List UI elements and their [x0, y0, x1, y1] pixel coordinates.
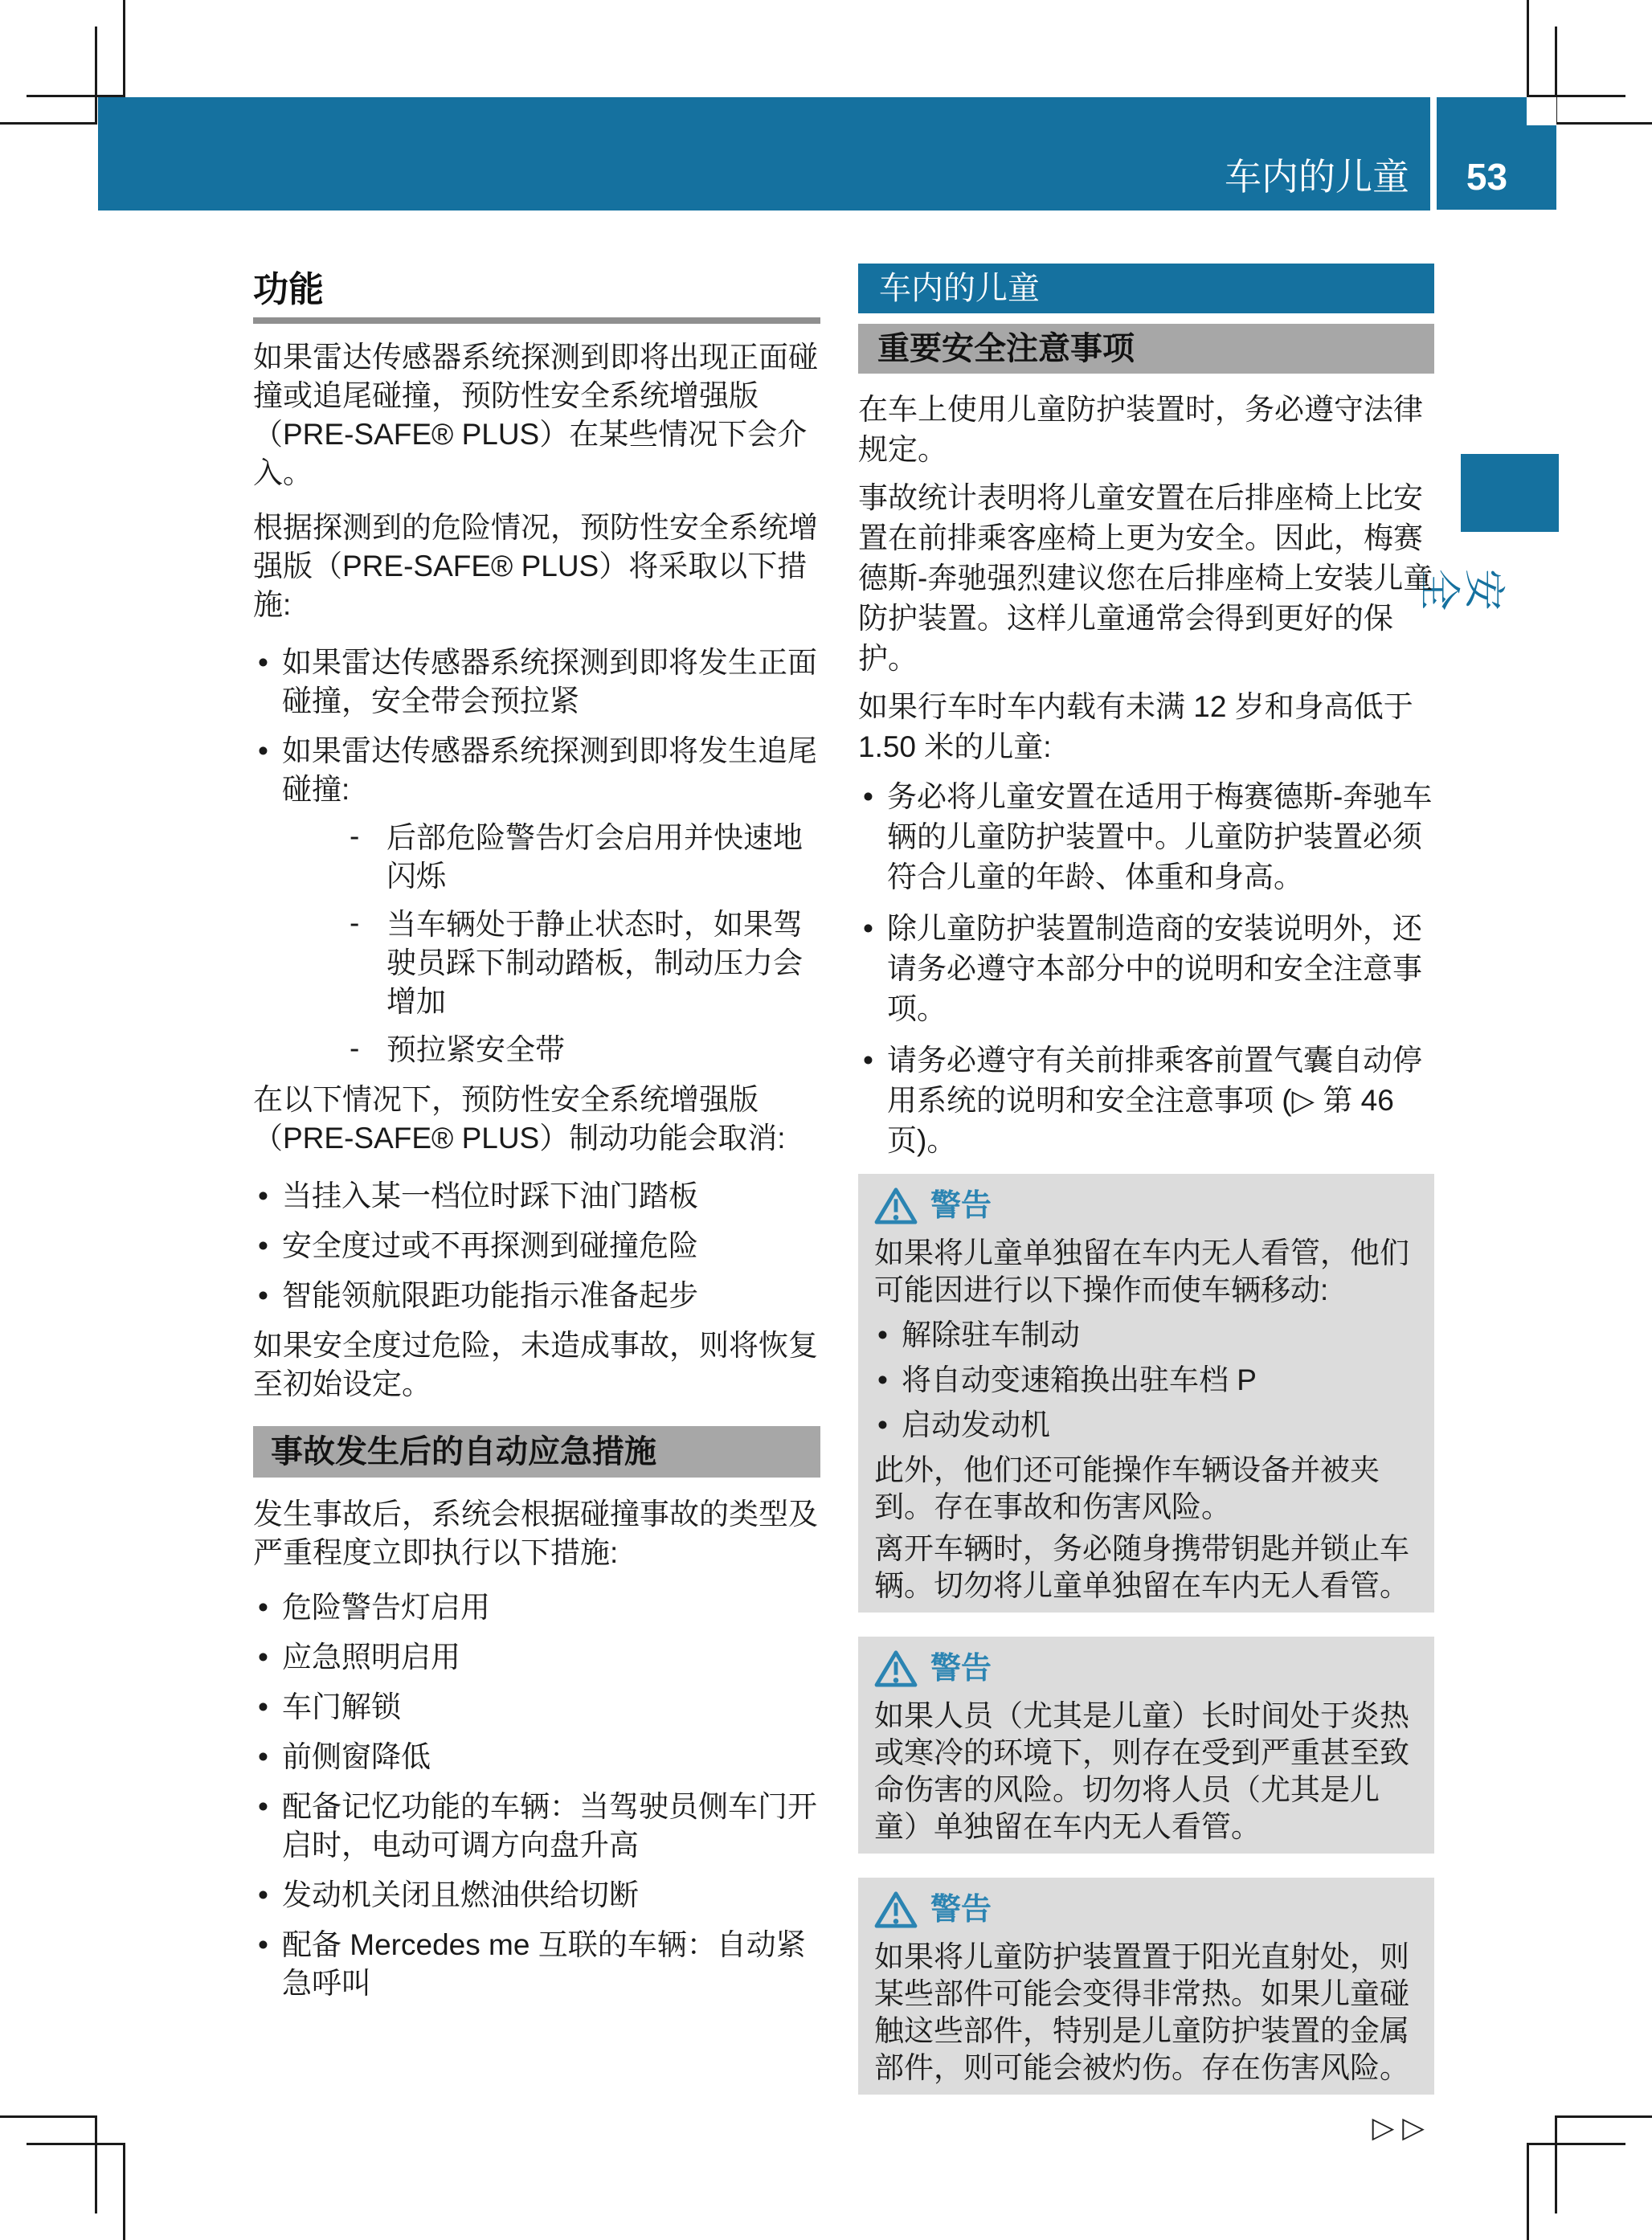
warning-triangle-icon	[874, 1187, 918, 1225]
paragraph: 在以下情况下，预防性安全系统增强版（PRE-SAFE® PLUS）制动功能会取消…	[253, 1081, 820, 1158]
warning-triangle-icon	[874, 1891, 918, 1929]
warning-title: 警告	[930, 1187, 992, 1224]
title-rule	[253, 317, 820, 324]
subsection-bar-important-safety-notes: 重要安全注意事项	[858, 324, 1434, 374]
list-item: 前侧窗降低	[253, 1738, 820, 1776]
paragraph: 如果行车时车内载有未满 12 岁和身高低于 1.50 米的儿童:	[858, 687, 1434, 767]
list-item: 如果雷达传感器系统探测到即将发生追尾碰撞: 后部危险警告灯会启用并快速地闪烁 当…	[253, 732, 820, 1069]
crop-mark	[123, 2144, 125, 2240]
paragraph: 根据探测到的危险情况，预防性安全系统增强版（PRE-SAFE® PLUS）将采取…	[253, 509, 820, 624]
sub-list-item: 预拉紧安全带	[282, 1031, 820, 1069]
section-title-function: 功能	[253, 271, 820, 309]
list-item: 应急照明启用	[253, 1638, 820, 1677]
chapter-tab-label: 安全	[1461, 548, 1506, 638]
crop-mark	[1527, 2143, 1625, 2145]
warning-text: 此外，他们还可能操作车辆设备并被夹到。存在事故和伤害风险。	[874, 1452, 1420, 1526]
list-item: 如果雷达传感器系统探测到即将发生正面碰撞，安全带会预拉紧	[253, 644, 820, 721]
page-header-title: 车内的儿童	[1225, 148, 1409, 201]
dash-sub-list: 后部危险警告灯会启用并快速地闪烁 当车辆处于静止状态时，如果驾驶员踩下制动踏板，…	[282, 819, 820, 1069]
paragraph: 发生事故后，系统会根据碰撞事故的类型及严重程度立即执行以下措施:	[253, 1495, 820, 1572]
sub-list-item: 后部危险警告灯会启用并快速地闪烁	[282, 819, 820, 896]
page-number-notch	[1527, 97, 1556, 125]
crop-mark	[1556, 2115, 1652, 2118]
list-item: 安全度过或不再探测到碰撞危险	[253, 1227, 820, 1265]
continued-marker: ▷▷	[858, 2107, 1434, 2148]
list-item: 当挂入某一档位时踩下油门踏板	[253, 1177, 820, 1216]
list-item: 将自动变速箱换出驻车档 P	[874, 1362, 1420, 1399]
warning-triangle-icon	[874, 1649, 918, 1688]
warning-text: 如果将儿童单独留在车内无人看管，他们可能因进行以下操作而使车辆移动:	[874, 1235, 1420, 1309]
list-item: 务必将儿童安置在适用于梅赛德斯-奔驰车辆的儿童防护装置中。儿童防护装置必须符合儿…	[858, 777, 1434, 897]
warning-box: 警告 如果将儿童防护装置置于阳光直射处，则某些部件可能会变得非常热。如果儿童碰触…	[858, 1878, 1434, 2095]
crop-mark	[95, 2115, 97, 2213]
crop-mark	[0, 2115, 96, 2118]
crop-mark	[1527, 0, 1529, 96]
warning-title: 警告	[930, 1891, 992, 1928]
crop-mark	[27, 2143, 125, 2145]
bullet-list: 务必将儿童安置在适用于梅赛德斯-奔驰车辆的儿童防护装置中。儿童防护装置必须符合儿…	[858, 777, 1434, 1161]
bullet-list: 当挂入某一档位时踩下油门踏板 安全度过或不再探测到碰撞危险 智能领航限距功能指示…	[253, 1177, 820, 1315]
crop-mark	[1556, 122, 1652, 125]
list-item: 解除驻车制动	[874, 1317, 1420, 1354]
page-number: 53	[1466, 155, 1507, 198]
chapter-thumb-tab	[1461, 454, 1559, 532]
warning-box: 警告 如果将儿童单独留在车内无人看管，他们可能因进行以下操作而使车辆移动: 解除…	[858, 1174, 1434, 1613]
crop-mark	[0, 122, 96, 125]
list-item: 危险警告灯启用	[253, 1588, 820, 1627]
list-item: 配备记忆功能的车辆：当驾驶员侧车门开启时，电动可调方向盘升高	[253, 1788, 820, 1865]
right-column: 车内的儿童 重要安全注意事项 在车上使用儿童防护装置时，务必遵守法律规定。 事故…	[858, 264, 1434, 2148]
list-item: 启动发动机	[874, 1407, 1420, 1444]
warning-header: 警告	[874, 1889, 1420, 1931]
paragraph: 事故统计表明将儿童安置在后排座椅上比安置在前排乘客座椅上更为安全。因此，梅赛德斯…	[858, 478, 1434, 679]
paragraph: 如果安全度过危险，未造成事故，则将恢复至初始设定。	[253, 1326, 820, 1404]
list-item: 智能领航限距功能指示准备起步	[253, 1277, 820, 1315]
warning-text: 如果人员（尤其是儿童）长时间处于炎热或寒冷的环境下，则存在受到严重甚至致命伤害的…	[874, 1698, 1420, 1846]
bullet-list: 危险警告灯启用 应急照明启用 车门解锁 前侧窗降低 配备记忆功能的车辆：当驾驶员…	[253, 1588, 820, 2003]
bullet-list: 如果雷达传感器系统探测到即将发生正面碰撞，安全带会预拉紧 如果雷达传感器系统探测…	[253, 644, 820, 1069]
page-header-bar: 车内的儿童	[98, 97, 1430, 211]
crop-mark	[1555, 2115, 1557, 2213]
list-item: 发动机关闭且燃油供给切断	[253, 1876, 820, 1915]
warning-header: 警告	[874, 1648, 1420, 1690]
section-bar-emergency-measures: 事故发生后的自动应急措施	[253, 1426, 820, 1478]
manual-page: 车内的儿童 53 安全 功能 如果雷达传感器系统探测到即将出现正面碰撞或追尾碰撞…	[0, 0, 1652, 2240]
warning-bullet-list: 解除驻车制动 将自动变速箱换出驻车档 P 启动发动机	[874, 1317, 1420, 1444]
list-item: 车门解锁	[253, 1688, 820, 1727]
paragraph: 在车上使用儿童防护装置时，务必遵守法律规定。	[858, 390, 1434, 470]
warning-title: 警告	[930, 1650, 992, 1687]
crop-mark	[1527, 2144, 1529, 2240]
list-item: 请务必遵守有关前排乘客前置气囊自动停用系统的说明和安全注意事项 (▷ 第 46 …	[858, 1040, 1434, 1161]
crop-mark	[123, 0, 125, 96]
section-bar-children-in-vehicle: 车内的儿童	[858, 264, 1434, 313]
list-item: 除儿童防护装置制造商的安装说明外，还请务必遵守本部分中的说明和安全注意事项。	[858, 909, 1434, 1029]
crop-mark	[95, 27, 97, 125]
paragraph: 如果雷达传感器系统探测到即将出现正面碰撞或追尾碰撞，预防性安全系统增强版（PRE…	[253, 338, 820, 493]
warning-header: 警告	[874, 1185, 1420, 1227]
list-item: 配备 Mercedes me 互联的车辆：自动紧急呼叫	[253, 1926, 820, 2003]
warning-text: 离开车辆时，务必随身携带钥匙并锁止车辆。切勿将儿童单独留在车内无人看管。	[874, 1531, 1420, 1604]
warning-box: 警告 如果人员（尤其是儿童）长时间处于炎热或寒冷的环境下，则存在受到严重甚至致命…	[858, 1637, 1434, 1854]
left-column: 功能 如果雷达传感器系统探测到即将出现正面碰撞或追尾碰撞，预防性安全系统增强版（…	[253, 271, 820, 2014]
warning-text: 如果将儿童防护装置置于阳光直射处，则某些部件可能会变得非常热。如果儿童碰触这些部…	[874, 1939, 1420, 2087]
sub-list-item: 当车辆处于静止状态时，如果驾驶员踩下制动踏板，制动压力会增加	[282, 905, 820, 1021]
